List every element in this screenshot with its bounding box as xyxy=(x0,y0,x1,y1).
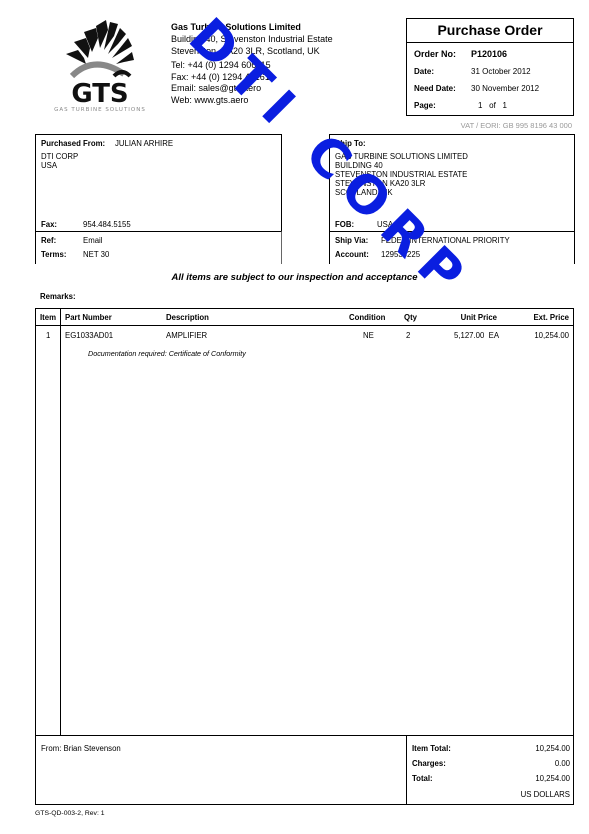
ship-to-label: Ship To: xyxy=(335,139,366,148)
item-column-divider xyxy=(60,309,61,735)
row-item: 1 xyxy=(46,331,50,340)
row-unit-price: 5,127.00 EA xyxy=(454,331,499,340)
totals-divider xyxy=(406,736,407,804)
vendor-box: Purchased From:JULIAN ARHIRE DTI CORP US… xyxy=(35,134,282,232)
vendor-line-2: USA xyxy=(41,161,57,170)
purchased-from-row: Purchased From:JULIAN ARHIRE xyxy=(41,139,173,148)
currency: US DOLLARS xyxy=(521,790,570,799)
totals-footer: From: Brian Stevenson Item Total:10,254.… xyxy=(35,736,574,805)
account-row: Account:129536225 xyxy=(335,250,420,259)
company-info: Gas Turbine Solutions Limited Building 4… xyxy=(171,21,333,106)
purchased-from-label: Purchased From: xyxy=(41,139,115,148)
terms-label: Terms: xyxy=(41,250,83,259)
inspection-notice: All items are subject to our inspection … xyxy=(0,272,589,283)
page-label: Page: xyxy=(414,101,471,110)
item-total-row: Item Total:10,254.00 xyxy=(412,744,570,753)
from-signature: From: Brian Stevenson xyxy=(41,744,121,753)
ref-value: Email xyxy=(83,236,103,245)
ref-label: Ref: xyxy=(41,236,83,245)
account-label: Account: xyxy=(335,250,381,259)
account-value: 129536225 xyxy=(381,250,420,259)
order-no-value: P120106 xyxy=(471,49,507,59)
ship-via-row: Ship Via:FEDEX INTERNATIONAL PRIORITY xyxy=(335,236,510,245)
vendor-fax-row: Fax:954.484.5155 xyxy=(41,220,131,229)
fob-row: FOB:USA xyxy=(335,220,393,229)
need-date-row: Need Date:30 November 2012 xyxy=(414,84,539,93)
col-description: Description xyxy=(166,313,209,322)
shipping-method-box: Ship Via:FEDEX INTERNATIONAL PRIORITY Ac… xyxy=(329,231,575,264)
charges-row: Charges:0.00 xyxy=(412,759,570,768)
svg-text:GAS TURBINE SOLUTIONS: GAS TURBINE SOLUTIONS xyxy=(54,107,146,113)
ship-via-label: Ship Via: xyxy=(335,236,381,245)
vat-number: VAT / EORI: GB 995 8196 43 000 xyxy=(461,121,572,130)
charges-value: 0.00 xyxy=(555,759,570,768)
order-no-label: Order No: xyxy=(414,49,471,59)
items-table: Item Part Number Description Condition Q… xyxy=(35,308,574,736)
form-reference: GTS-QD-003-2, Rev: 1 xyxy=(35,810,105,817)
company-name: Gas Turbine Solutions Limited xyxy=(171,21,333,33)
po-title: Purchase Order xyxy=(407,19,573,43)
company-email[interactable]: Email: sales@gts.aero xyxy=(171,83,333,95)
company-address-1: Building 40, Stevenston Industrial Estat… xyxy=(171,33,333,45)
page-row: Page:1 of 1 xyxy=(414,101,507,110)
terms-row: Terms:NET 30 xyxy=(41,250,109,259)
vendor-fax: 954.484.5155 xyxy=(83,220,131,229)
row-description: AMPLIFIER xyxy=(166,331,207,340)
date-label: Date: xyxy=(414,67,471,76)
page-value: 1 of 1 xyxy=(471,101,507,110)
vendor-terms-box: Ref:Email Terms:NET 30 xyxy=(35,231,282,264)
ship-to-line-4: STEVENSTON KA20 3LR xyxy=(335,179,425,188)
ship-to-line-5: SCOTLAND, UK xyxy=(335,188,393,197)
ship-to-line-1: GAS TURBINE SOLUTIONS LIMITED xyxy=(335,152,468,161)
col-unit-price: Unit Price xyxy=(461,313,497,322)
vendor-fax-label: Fax: xyxy=(41,220,83,229)
vendor-line-1: DTI CORP xyxy=(41,152,78,161)
row-note: Documentation required: Certificate of C… xyxy=(88,349,246,358)
company-address-2: Stevenston, KA20 3LR, Scotland, UK xyxy=(171,45,333,57)
total-label: Total: xyxy=(412,774,433,783)
total-value: 10,254.00 xyxy=(535,774,570,783)
total-row: Total:10,254.00 xyxy=(412,774,570,783)
col-ext-price: Ext. Price xyxy=(533,313,569,322)
col-condition: Condition xyxy=(349,313,385,322)
svg-text:GTS: GTS xyxy=(71,79,128,109)
company-logo: GTS GAS TURBINE SOLUTIONS xyxy=(44,18,156,113)
ship-via-value: FEDEX INTERNATIONAL PRIORITY xyxy=(381,236,510,245)
row-qty: 2 xyxy=(406,331,410,340)
table-row: 1 EG1033AD01 AMPLIFIER NE 2 5,127.00 EA … xyxy=(36,327,573,357)
order-no-row: Order No:P120106 xyxy=(414,49,507,59)
ship-to-box: Ship To: GAS TURBINE SOLUTIONS LIMITED B… xyxy=(329,134,575,232)
item-total-value: 10,254.00 xyxy=(535,744,570,753)
ship-to-line-2: BUILDING 40 xyxy=(335,161,383,170)
fob-label: FOB: xyxy=(335,220,377,229)
fob-value: USA xyxy=(377,220,393,229)
purchase-order-box: Purchase Order Order No:P120106 Date:31 … xyxy=(406,18,574,116)
need-date-value: 30 November 2012 xyxy=(471,84,539,93)
col-qty: Qty xyxy=(404,313,417,322)
remarks-label: Remarks: xyxy=(40,292,76,301)
ref-row: Ref:Email xyxy=(41,236,103,245)
vendor-contact: JULIAN ARHIRE xyxy=(115,139,173,148)
date-value: 31 October 2012 xyxy=(471,67,531,76)
company-tel: Tel: +44 (0) 1294 606115 xyxy=(171,60,333,72)
row-ext-price: 10,254.00 xyxy=(534,331,569,340)
date-row: Date:31 October 2012 xyxy=(414,67,531,76)
charges-label: Charges: xyxy=(412,759,446,768)
row-part-number: EG1033AD01 xyxy=(65,331,113,340)
row-condition: NE xyxy=(363,331,374,340)
items-table-header: Item Part Number Description Condition Q… xyxy=(36,309,573,326)
turbine-icon: GTS GAS TURBINE SOLUTIONS xyxy=(44,18,156,113)
ship-to-line-3: STEVENSTON INDUSTRIAL ESTATE xyxy=(335,170,467,179)
terms-value: NET 30 xyxy=(83,250,109,259)
company-web[interactable]: Web: www.gts.aero xyxy=(171,95,333,107)
col-item: Item xyxy=(40,313,56,322)
item-total-label: Item Total: xyxy=(412,744,451,753)
col-part-number: Part Number xyxy=(65,313,112,322)
need-date-label: Need Date: xyxy=(414,84,471,93)
company-fax: Fax: +44 (0) 1294 441611 xyxy=(171,72,333,84)
